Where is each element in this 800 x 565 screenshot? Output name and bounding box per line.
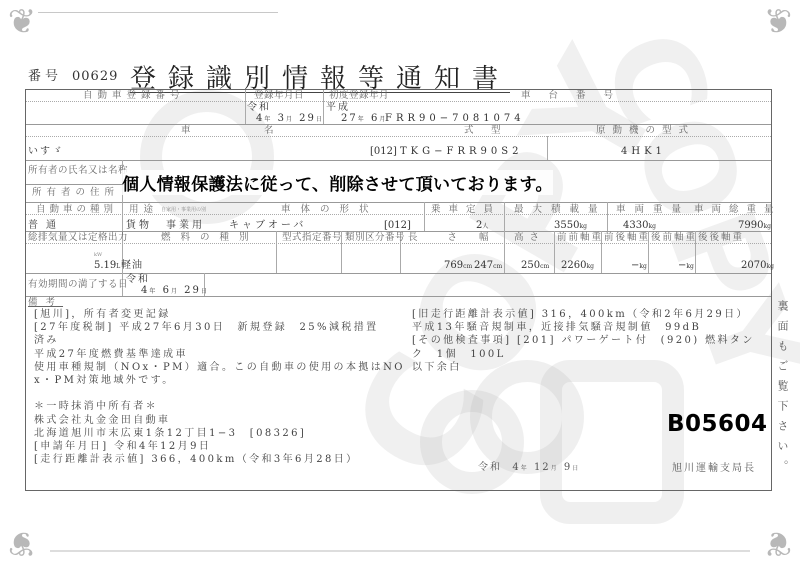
height: 250cm — [521, 260, 549, 272]
side-note: 裏面もご覧下さい。 — [779, 300, 793, 480]
label-category-number: 類別区分番号 — [345, 232, 405, 243]
gross-weight: 7990kg — [738, 220, 771, 232]
label-length: 長さ — [408, 232, 487, 243]
car-name: いすゞ — [28, 146, 64, 157]
registration-date-era: 令和 — [247, 102, 271, 113]
label-usage-sub: 自家用・事業用の別 — [161, 205, 206, 216]
remark-line: [27年度税制] 平成27年6月30日 新規登録 25%減税措置 — [34, 321, 405, 334]
label-owner-name: 所有者の氏名又は名称 — [28, 165, 128, 176]
document-number-value: 00629 — [72, 69, 118, 84]
displacement: 5.19L — [94, 260, 120, 272]
remark-line: [旧走行距離計表示値] 316，400km（令和2年6月29日） — [412, 308, 755, 321]
ornament-corner-icon: ❦ — [758, 523, 798, 563]
vehicle-kind: 普通 — [28, 220, 64, 231]
remark-line: 以下余白 — [412, 361, 755, 374]
expiry-date: 4年 6月 29日 — [141, 285, 209, 297]
fuel: 軽油 — [121, 260, 143, 271]
label-max-load: 最大積載量 — [514, 204, 607, 215]
width: 247cm — [474, 260, 502, 272]
remark-line: [申請年月日] 令和4年12月9日 — [34, 440, 405, 453]
label-height: 高さ — [514, 232, 545, 243]
label-owner-address: 所有者の住所 — [32, 187, 119, 198]
label-registration-number: 自動車登録番号 — [83, 90, 185, 101]
business-type: 事業用 — [166, 220, 205, 231]
label-gross-weight: 車両総重量 — [694, 204, 782, 215]
ornament-corner-icon: ❦ — [2, 2, 42, 42]
label-model-1: 型 — [491, 125, 506, 136]
document-number: 番号00629 — [28, 65, 118, 84]
engine-model: 4HK1 — [621, 146, 666, 157]
label-car-name-1: 車 — [181, 125, 196, 136]
label-registration-date: 登録年月日 — [254, 90, 304, 101]
rf-axle: −kg — [678, 260, 694, 272]
remarks-left: [旭川]，所有者変更記録[27年度税制] 平成27年6月30日 新規登録 25%… — [34, 308, 405, 466]
model: TKG−FRR90S2 — [400, 146, 522, 157]
label-displacement: 総排気量又は定格出力 — [28, 232, 128, 243]
label-chassis-number: 車台番号 — [521, 90, 631, 101]
label-fr-axle: 前後軸重 — [604, 232, 650, 243]
document-number-label: 番号 — [28, 69, 62, 84]
model-code: [012] — [370, 146, 397, 157]
rr-axle: 2070kg — [741, 260, 774, 272]
ornament-corner-icon: ❦ — [758, 2, 798, 42]
remark-line: x・PM対策地域外です。 — [34, 374, 405, 387]
remark-line: 北海道旭川市末広東1条12丁目1−3 [08326] — [34, 427, 405, 440]
remark-line: 使用車種規制（NOx・PM）適合。この自動車の使用の本拠はNO — [34, 361, 405, 374]
registration-date: 4年 3月 29日 — [256, 113, 324, 125]
privacy-notice: 個人情報保護法に従って、削除させて頂いております。 — [122, 170, 553, 195]
ornament-corner-icon: ❦ — [2, 523, 42, 563]
label-body-shape: 車体の形状 — [281, 204, 379, 215]
label-rr-axle: 後後軸重 — [698, 232, 744, 243]
frame-top — [38, 12, 278, 13]
label-rf-axle: 後前軸重 — [651, 232, 697, 243]
label-type-designation: 型式指定番号 — [282, 232, 342, 243]
chassis-number: FRR90−7081074 — [385, 113, 525, 124]
length: 769cm — [444, 260, 472, 272]
label-model-2: 式 — [464, 125, 479, 136]
label-capacity: 乗車定員 — [431, 204, 501, 215]
body-code: [012] — [384, 220, 411, 231]
remark-line: [その他検査事項] [201] パワーゲート付 (920) 燃料タン — [412, 334, 755, 347]
frame-bottom — [50, 550, 750, 552]
label-vehicle-weight: 車両重量 — [616, 204, 690, 215]
remark-line: ク 1個 100L — [412, 348, 755, 361]
first-registration-era: 平成 — [326, 102, 350, 113]
remark-line: [走行距離計表示値] 366，400km（令和3年6月28日） — [34, 453, 405, 466]
label-width: 幅 — [479, 232, 494, 243]
vehicle-weight: 4330kg — [623, 220, 656, 232]
label-remarks: 備考 — [28, 297, 63, 308]
label-fuel-type: 燃料の種別 — [161, 232, 259, 243]
capacity: 2人 — [476, 220, 488, 232]
remark-line: [旭川]，所有者変更記録 — [34, 308, 405, 321]
body-shape: キャブオーバ — [229, 220, 306, 231]
usage: 貨物 — [126, 220, 152, 231]
issuer: 旭川運輸支局長 — [672, 459, 756, 474]
label-engine-model: 原動機の型式 — [596, 125, 695, 136]
ff-axle: 2260kg — [561, 260, 594, 272]
remark-line: ＊一時抹消中所有者＊ — [34, 400, 405, 413]
max-load: 3550kg — [554, 220, 587, 232]
fr-axle: −kg — [631, 260, 647, 272]
label-usage: 用途 — [129, 204, 158, 215]
remark-line — [34, 387, 405, 400]
remark-line: 平成27年度燃費基準達成車 — [34, 348, 405, 361]
label-first-registration: 初度登録年月 — [329, 90, 389, 101]
remark-line: 株式会社丸金金田自動車 — [34, 414, 405, 427]
issue-date: 令和 4年 12月 9日 — [478, 458, 580, 473]
first-registration-date: 27年 6月 — [341, 113, 387, 125]
remark-line: 済み — [34, 334, 405, 347]
label-ff-axle: 前前軸重 — [557, 232, 603, 243]
remarks-right: [旧走行距離計表示値] 316，400km（令和2年6月29日）平成13年騒音規… — [412, 308, 755, 374]
label-vehicle-kind: 自動車の種別 — [36, 204, 117, 215]
serial-code: B05604 — [667, 411, 768, 437]
label-expiry: 有効期間の満了する日 — [28, 279, 128, 290]
expiry-era: 令和 — [126, 274, 150, 285]
label-car-name-2: 名 — [264, 125, 279, 136]
remark-line: 平成13年騒音規制車，近接排気騒音規制値 99dB — [412, 321, 755, 334]
